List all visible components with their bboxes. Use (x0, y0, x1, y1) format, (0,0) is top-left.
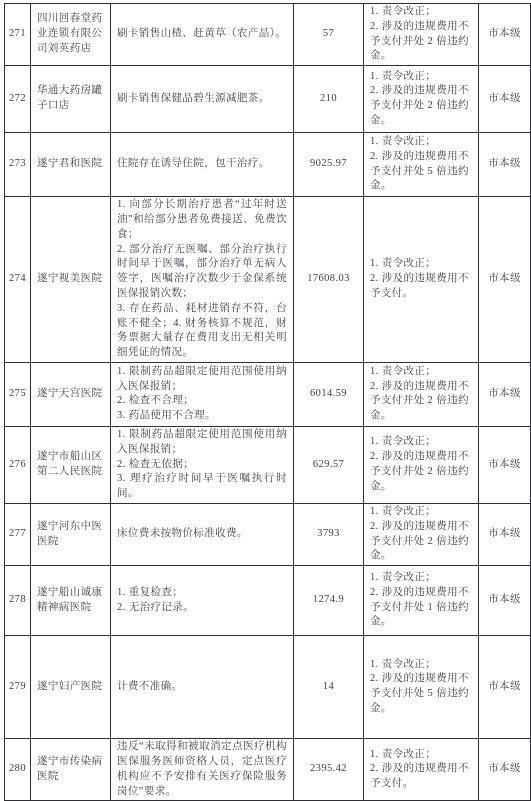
level-cell: 市本级 (479, 362, 531, 426)
org-name-cell: 遂宁市传染病医院 (31, 739, 111, 784)
row-number-cell: 272 (5, 66, 31, 133)
row-number-cell: 275 (5, 362, 31, 426)
violation-cell: 1. 限制药品超限定使用范围使用纳入医保报销； 2. 检查无依据； 3. 理疗治… (111, 426, 294, 503)
amount-cell: 9025.97 (294, 133, 364, 197)
penalty-cell: 1. 责令改正； 2. 涉及的违规费用不予支付并处 2 倍违约金。 (364, 362, 479, 426)
org-name-cell: 遂宁视美医院 (31, 197, 111, 363)
table-row: 273遂宁君和医院住院存在诱导住院，包干治疗。9025.971. 责令改正； 2… (5, 133, 531, 197)
violation-cell: 1. 重复检查； 2. 无治疗记录。 (111, 566, 294, 636)
penalty-cell: 1. 责令改正； 2. 涉及的违规费用不予支付。 (364, 197, 479, 363)
level-cell: 市本级 (479, 4, 531, 66)
penalty-cell: 1. 责令改正； 2. 涉及的违规费用不予支付并处 2 倍违约金。 (364, 66, 479, 133)
row-number-cell: 274 (5, 197, 31, 363)
penalty-cell: 1. 责令改正； 2. 涉及的违规费用不予支付并处 2 倍违约金。 (364, 426, 479, 503)
violation-cell: 1. 限制药品超限定使用范围使用纳入医保报销； 2. 检查不合理； 3. 药品使… (111, 362, 294, 426)
table-row: 272华通大药房罐子口店刷卡销售保健品碧生源减肥茶。2101. 责令改正； 2.… (5, 66, 531, 133)
row-number-cell: 280 (5, 739, 31, 784)
row-number-cell: 278 (5, 566, 31, 636)
level-cell: 市本级 (479, 636, 531, 739)
level-cell: 市本级 (479, 503, 531, 565)
table-row: 274遂宁视美医院1. 向部分长期治疗患者“过年时送油”和给部分患者免费接送、免… (5, 197, 531, 363)
org-name-cell: 遂宁市船山区第二人民医院 (31, 426, 111, 503)
row-number-cell: 273 (5, 133, 31, 197)
violation-cell: 住院存在诱导住院，包干治疗。 (111, 133, 294, 197)
table-row: 271四川回春堂药业连锁有限公司刘英药店刷卡销售山楂、赶黄草（农产品）。571.… (5, 4, 531, 66)
violation-cell: 计费不准确。 (111, 636, 294, 739)
violation-cell: 违反“未取得和被取消定点医疗机构医保服务医师资格人员，定点医疗机构应不予安排有关… (111, 739, 294, 784)
penalty-cell: 1. 责令改正； 2. 涉及的违规费用不予支付。 (364, 739, 479, 784)
level-cell: 市本级 (479, 739, 531, 784)
table-body: 271四川回春堂药业连锁有限公司刘英药店刷卡销售山楂、赶黄草（农产品）。571.… (5, 4, 531, 785)
violation-cell: 刷卡销售山楂、赶黄草（农产品）。 (111, 4, 294, 66)
amount-cell: 1274.9 (294, 566, 364, 636)
org-name-cell: 四川回春堂药业连锁有限公司刘英药店 (31, 4, 111, 66)
org-name-cell: 遂宁船山诚康精神病医院 (31, 566, 111, 636)
amount-cell: 6014.59 (294, 362, 364, 426)
org-name-cell: 华通大药房罐子口店 (31, 66, 111, 133)
penalty-cell: 1. 责令改正； 2. 涉及的违规费用不予支付并处 2 倍违约金。 (364, 4, 479, 66)
amount-cell: 210 (294, 66, 364, 133)
penalty-cell: 1. 责令改正； 2. 涉及的违规费用不予支付并处 2 倍违约金。 (364, 503, 479, 565)
org-name-cell: 遂宁妇产医院 (31, 636, 111, 739)
table-row: 277遂宁河东中医医院床位费未按物价标准收费。37931. 责令改正； 2. 涉… (5, 503, 531, 565)
row-number-cell: 271 (5, 4, 31, 66)
level-cell: 市本级 (479, 133, 531, 197)
penalty-cell: 1. 责令改正； 2. 涉及的违规费用不予支付并处 5 倍违约金。 (364, 133, 479, 197)
penalty-cell: 1. 责令改正； 2. 涉及的违规费用不予支付并处 1 倍违约金。 (364, 566, 479, 636)
row-number-cell: 277 (5, 503, 31, 565)
table-row: 280遂宁市传染病医院违反“未取得和被取消定点医疗机构医保服务医师资格人员，定点… (5, 739, 531, 784)
org-name-cell: 遂宁河东中医医院 (31, 503, 111, 565)
row-number-cell: 276 (5, 426, 31, 503)
penalty-cell: 1. 责令改正； 2. 涉及的违规费用不予支付并处 5 倍违约金。 (364, 636, 479, 739)
level-cell: 市本级 (479, 566, 531, 636)
amount-cell: 629.57 (294, 426, 364, 503)
org-name-cell: 遂宁君和医院 (31, 133, 111, 197)
amount-cell: 17608.03 (294, 197, 364, 363)
table-row: 276遂宁市船山区第二人民医院1. 限制药品超限定使用范围使用纳入医保报销； 2… (5, 426, 531, 503)
table-row: 278遂宁船山诚康精神病医院1. 重复检查； 2. 无治疗记录。1274.91.… (5, 566, 531, 636)
row-number-cell: 279 (5, 636, 31, 739)
level-cell: 市本级 (479, 66, 531, 133)
amount-cell: 2395.42 (294, 739, 364, 784)
level-cell: 市本级 (479, 426, 531, 503)
violation-cell: 床位费未按物价标准收费。 (111, 503, 294, 565)
violation-cell: 刷卡销售保健品碧生源减肥茶。 (111, 66, 294, 133)
violation-penalty-table: 271四川回春堂药业连锁有限公司刘英药店刷卡销售山楂、赶黄草（农产品）。571.… (4, 3, 531, 784)
violation-cell: 1. 向部分长期治疗患者“过年时送油”和给部分患者免费接送、免费饮食； 2. 部… (111, 197, 294, 363)
org-name-cell: 遂宁天宫医院 (31, 362, 111, 426)
table-row: 279遂宁妇产医院计费不准确。141. 责令改正； 2. 涉及的违规费用不予支付… (5, 636, 531, 739)
table-row: 275遂宁天宫医院1. 限制药品超限定使用范围使用纳入医保报销； 2. 检查不合… (5, 362, 531, 426)
level-cell: 市本级 (479, 197, 531, 363)
amount-cell: 57 (294, 4, 364, 66)
amount-cell: 3793 (294, 503, 364, 565)
amount-cell: 14 (294, 636, 364, 739)
